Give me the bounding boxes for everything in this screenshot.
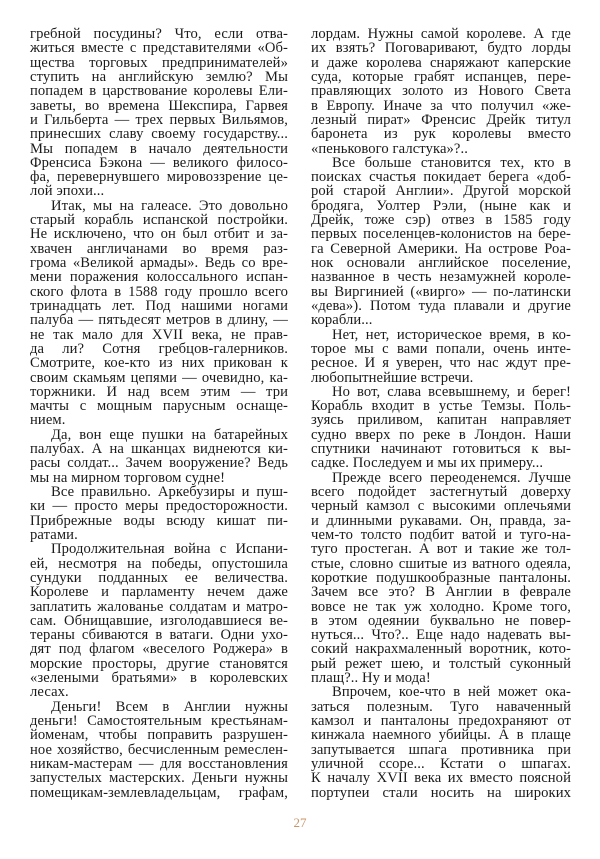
text-line: Прежде всего переоденемся. Лучше xyxy=(311,471,571,485)
text-line: и даже королева снаряжают каперские xyxy=(311,56,571,70)
text-line: ского флота в 1588 году прошло всего xyxy=(30,285,288,299)
text-line: палуба — пятьдесят метров в длину, — xyxy=(30,313,288,327)
text-line: торжники. И над всем этим — три xyxy=(30,385,288,399)
text-line: попадем в царствование королевы Ели- xyxy=(30,84,288,98)
text-line: заться полезным. Туго наваченный xyxy=(311,700,571,714)
text-line: баронета из рук королевы вместо xyxy=(311,127,571,141)
text-line: морские просторы, другие становятся xyxy=(30,657,288,671)
text-line: га Северной Америки. На острове Роа- xyxy=(311,242,571,256)
text-line: и длинными рукавами. Он, правда, за- xyxy=(311,514,571,528)
text-line: помещикам-землевладельцам, графам, xyxy=(30,786,288,800)
text-line: рой старой Англии». Другой морской xyxy=(311,184,571,198)
text-line: первых поселенцев-колонистов на бере- xyxy=(311,227,571,241)
right-column: лордам. Нужны самой королеве. А гдеих вз… xyxy=(311,27,571,800)
text-line: нок основали английское поселение, xyxy=(311,256,571,270)
text-line: Деньги! Всем в Англии нужны xyxy=(30,700,288,714)
text-line: и Гильберта — трех первых Вильямов, xyxy=(30,113,288,127)
text-line: их взять? Поговаривают, будто лорды xyxy=(311,41,571,55)
text-line: ресное. И я уверен, что нас ждут пре- xyxy=(311,356,571,370)
text-line: любопытнейшие встречи. xyxy=(311,371,571,385)
text-line: всего подойдет застегнутый доверху xyxy=(311,485,571,499)
text-line: корабли... xyxy=(311,313,571,327)
text-line: в этом одеянии буквально не повер- xyxy=(311,614,571,628)
text-line: чем-то толсто подбит ватой и туго-на- xyxy=(311,528,571,542)
text-line: фа, перевернувшего мировоззрение це- xyxy=(30,170,288,184)
text-line: судно вверх по реке в Лондон. Наши xyxy=(311,428,571,442)
text-line: старый корабль испанской постройки. xyxy=(30,213,288,227)
text-line: мы на мирном торговом судне! xyxy=(30,471,288,485)
text-line: мачты с мощным парусным оснаще- xyxy=(30,399,288,413)
text-line: вы Виргинией («вирго» — по-латински xyxy=(311,285,571,299)
text-line: тераны сбиваются в ватаги. Одни ухо- xyxy=(30,628,288,642)
text-line: да ли? Сотня гребцов-галерников. xyxy=(30,342,288,356)
text-line: не так мало для XVII века, не прав- xyxy=(30,328,288,342)
text-line: йоменам, чтобы поправить разрушен- xyxy=(30,728,288,742)
text-line: лордам. Нужны самой королеве. А где xyxy=(311,27,571,41)
text-line: Впрочем, кое-что в ней может ока- xyxy=(311,685,571,699)
text-line: камзол и панталоны предохраняют от xyxy=(311,714,571,728)
text-line: лесах. xyxy=(30,685,288,699)
text-line: суда, которые грабят испанцев, пере- xyxy=(311,70,571,84)
text-line: поисках счастья покидает берега «доб- xyxy=(311,170,571,184)
text-line: Не исключено, что он был отбит и за- xyxy=(30,227,288,241)
text-line: плащ?.. Ну и мода! xyxy=(311,671,571,685)
text-line: грома «Великой армады». Ведь со вре- xyxy=(30,256,288,270)
text-line: Итак, мы на галеасе. Это довольно xyxy=(30,199,288,213)
text-line: торое мы с вами попали, очень инте- xyxy=(311,342,571,356)
text-line: спутники начинают готовиться к вы- xyxy=(311,442,571,456)
text-line: уличной ссоре... Кстати о шпагах. xyxy=(311,757,571,771)
text-line: садке. Последуем и мы их примеру... xyxy=(311,456,571,470)
text-line: портупеи стали носить на широких xyxy=(311,786,571,800)
text-line: Но вот, слава всевышнему, и берег! xyxy=(311,385,571,399)
text-line: Зачем все это? В Англии в феврале xyxy=(311,585,571,599)
text-line: гребной посудины? Что, если отва- xyxy=(30,27,288,41)
text-line: короткие подушкообразные панталоны. xyxy=(311,571,571,585)
text-line: ки — просто меры предосторожности. xyxy=(30,499,288,513)
text-line: Королеве и парламенту нечем даже xyxy=(30,585,288,599)
text-line: лезный пират» Френсис Дрейк титул xyxy=(311,113,571,127)
text-line: в Европу. Иначе за что получил «же- xyxy=(311,99,571,113)
text-line: Да, вон еще пушки на батарейных xyxy=(30,428,288,442)
text-line: деньги! Самостоятельным крестьянам- xyxy=(30,714,288,728)
page-number: 27 xyxy=(0,815,600,831)
text-line: расы солдат... Зачем вооружение? Ведь xyxy=(30,456,288,470)
text-line: «дева»). Потом туда плавали и другие xyxy=(311,299,571,313)
text-line: «зелеными братьями» в королевских xyxy=(30,671,288,685)
text-line: Френсиса Бэкона — великого филосо- xyxy=(30,156,288,170)
text-line: названное в честь незамужней короле- xyxy=(311,270,571,284)
text-line: Мы попадем в начало деятельности xyxy=(30,142,288,156)
text-line: кинжала наемного убийцы. А в плаще xyxy=(311,728,571,742)
text-line: запустелых мастерских. Деньги нужны xyxy=(30,771,288,785)
text-line: хвачен англичанами во время раз- xyxy=(30,242,288,256)
text-line: ступить на английскую землю? Мы xyxy=(30,70,288,84)
text-line: нуться... Что?.. Еще надо надевать вы- xyxy=(311,628,571,642)
text-line: Прибрежные воды всюду кишат пи- xyxy=(30,514,288,528)
text-line: ное хозяйство, бесчисленным ремеслен- xyxy=(30,743,288,757)
text-line: ей, несмотря на победы, опустошила xyxy=(30,557,288,571)
text-line: принесших славу своему государству... xyxy=(30,127,288,141)
text-line: дят под флагом «веселого Роджера» в xyxy=(30,642,288,656)
text-line: запутывается шпага противника при xyxy=(311,743,571,757)
text-line: заветы, во времена Шекспира, Гарвея xyxy=(30,99,288,113)
text-line: Корабль входит в устье Темзы. Поль- xyxy=(311,399,571,413)
text-line: ратами. xyxy=(30,528,288,542)
text-line: зуясь приливом, капитан направляет xyxy=(311,413,571,427)
text-line: лой эпохи... xyxy=(30,184,288,198)
text-line: своим скамьям цепями — очевидно, ка- xyxy=(30,371,288,385)
text-line: бродяга, Уолтер Рэли, (ныне как и xyxy=(311,199,571,213)
text-line: вовсе не так уж холодно. Кроме того, xyxy=(311,600,571,614)
text-line: сундуки подданных ее величества. xyxy=(30,571,288,585)
text-line: Продолжительная война с Испани- xyxy=(30,542,288,556)
text-line: сокий накрахмаленный воротник, кото- xyxy=(311,642,571,656)
text-line: нием. xyxy=(30,413,288,427)
text-line: Все больше становится тех, кто в xyxy=(311,156,571,170)
text-line: щества торговых предпринимателей» xyxy=(30,56,288,70)
left-column: гребной посудины? Что, если отва-житься … xyxy=(30,27,288,800)
text-line: «пенькового галстука»?.. xyxy=(311,142,571,156)
text-line: мени поражения колоссального испан- xyxy=(30,270,288,284)
text-line: стые, словно сшитые из ватного одеяла, xyxy=(311,557,571,571)
text-line: Нет, нет, историческое время, в ко- xyxy=(311,328,571,342)
text-line: туго простеган. А вот и такие же тол- xyxy=(311,542,571,556)
text-line: Смотрите, кое-кто из них прикован к xyxy=(30,356,288,370)
book-page: гребной посудины? Что, если отва-житься … xyxy=(0,0,600,859)
text-line: черный камзол с высокими оплечьями xyxy=(311,499,571,513)
text-line: никам-мастерам — для восстановления xyxy=(30,757,288,771)
text-line: тринадцать лет. Под нашими ногами xyxy=(30,299,288,313)
text-line: житься вместе с представителями «Об- xyxy=(30,41,288,55)
text-line: К началу XVII века их вместо поясной xyxy=(311,771,571,785)
text-line: рый режет шею, и толстый суконный xyxy=(311,657,571,671)
text-line: заплатить жалованье солдатам и матро- xyxy=(30,600,288,614)
text-line: Все правильно. Аркебузиры и пуш- xyxy=(30,485,288,499)
text-line: правляющих золото из Нового Света xyxy=(311,84,571,98)
text-line: Дрейк, тоже сэр) отвез в 1585 году xyxy=(311,213,571,227)
text-line: палубах. А на шканцах виднеются ки- xyxy=(30,442,288,456)
text-line: сам. Обнищавшие, изголодавшиеся ве- xyxy=(30,614,288,628)
